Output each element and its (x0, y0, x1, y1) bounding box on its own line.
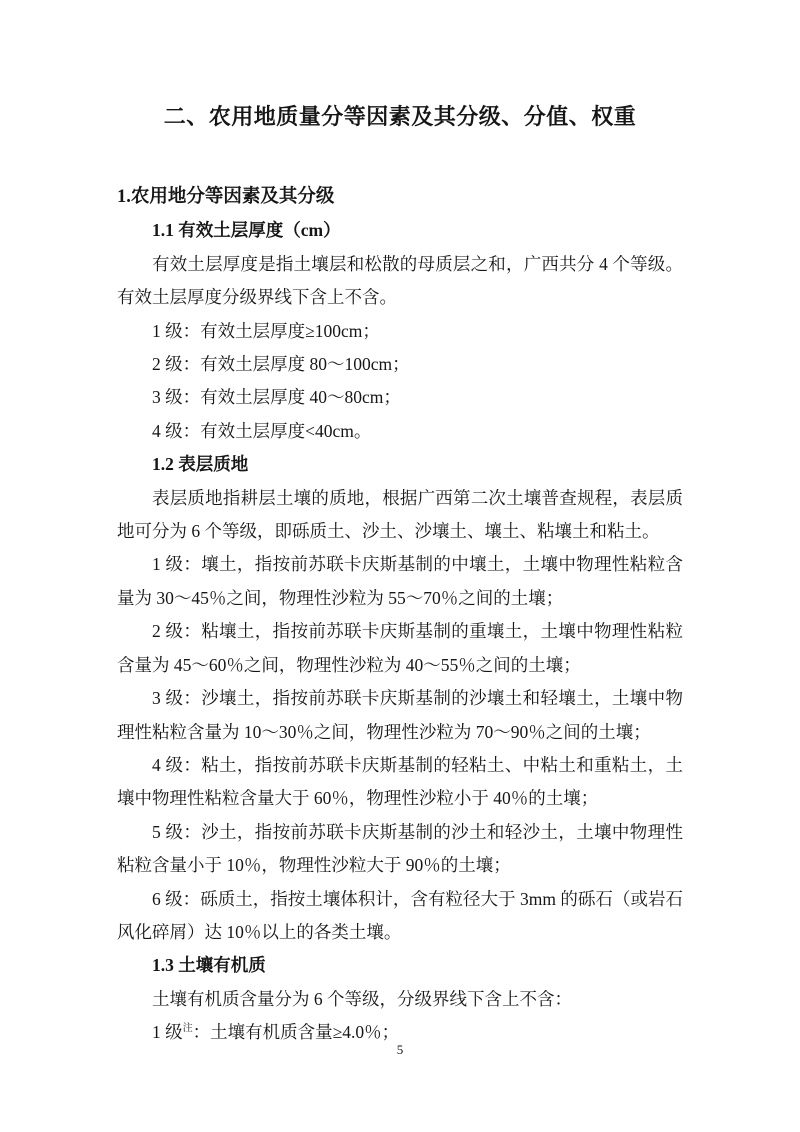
page-number: 5 (0, 1042, 800, 1058)
section-1-2-grade-6: 6 级：砾质土，指按土壤体积计，含有粒径大于 3mm 的砾石（或岩石风化碎屑）达… (117, 883, 683, 950)
section-1-2-grade-4: 4 级：粘土，指按前苏联卡庆斯基制的轻粘土、中粘土和重粘土，土壤中物理性粘粒含量… (117, 749, 683, 816)
grade-1-label: 1 级 (152, 1022, 183, 1042)
section-1-1-grade-1: 1 级：有效土层厚度≥100cm； (117, 315, 683, 348)
page-title: 二、农用地质量分等因素及其分级、分值、权重 (117, 0, 683, 134)
grade-1-text: ：土壤有机质含量≥4.0％； (193, 1022, 399, 1042)
section-1-1-grade-4: 4 级：有效土层厚度<40cm。 (117, 415, 683, 448)
section-1-1-intro: 有效土层厚度是指土壤层和松散的母质层之和，广西共分 4 个等级。有效土层厚度分级… (117, 248, 683, 315)
section-1-3-intro: 土壤有机质含量分为 6 个等级，分级界线下含上不含： (117, 983, 683, 1016)
section-1-2-grade-1: 1 级：壤土，指按前苏联卡庆斯基制的中壤土，土壤中物理性粘粒含量为 30～45％… (117, 548, 683, 615)
section-1-2-intro: 表层质地指耕层土壤的质地，根据广西第二次土壤普查规程，表层质地可分为 6 个等级… (117, 482, 683, 549)
document-page: 二、农用地质量分等因素及其分级、分值、权重 1.农用地分等因素及其分级 1.1 … (0, 0, 800, 1132)
section-1-2-grade-3: 3 级：沙壤土，指按前苏联卡庆斯基制的沙壤土和轻壤土，土壤中物理性粘粒含量为 1… (117, 682, 683, 749)
document-body: 1.农用地分等因素及其分级 1.1 有效土层厚度（cm） 有效土层厚度是指土壤层… (117, 181, 683, 1050)
section-1-heading: 1.农用地分等因素及其分级 (117, 181, 683, 214)
section-1-2-grade-2: 2 级：粘壤土，指按前苏联卡庆斯基制的重壤土，土壤中物理性粘粒含量为 45～60… (117, 615, 683, 682)
section-1-1-grade-2: 2 级：有效土层厚度 80～100cm； (117, 348, 683, 381)
section-1-2-heading: 1.2 表层质地 (117, 448, 683, 481)
section-1-1-heading: 1.1 有效土层厚度（cm） (117, 214, 683, 247)
section-1-1-grade-3: 3 级：有效土层厚度 40～80cm； (117, 381, 683, 414)
section-1-2-grade-5: 5 级：沙土，指按前苏联卡庆斯基制的沙土和轻沙土，土壤中物理性粘粒含量小于 10… (117, 816, 683, 883)
footnote-marker: 注 (183, 1023, 193, 1034)
section-1-3-heading: 1.3 土壤有机质 (117, 949, 683, 982)
